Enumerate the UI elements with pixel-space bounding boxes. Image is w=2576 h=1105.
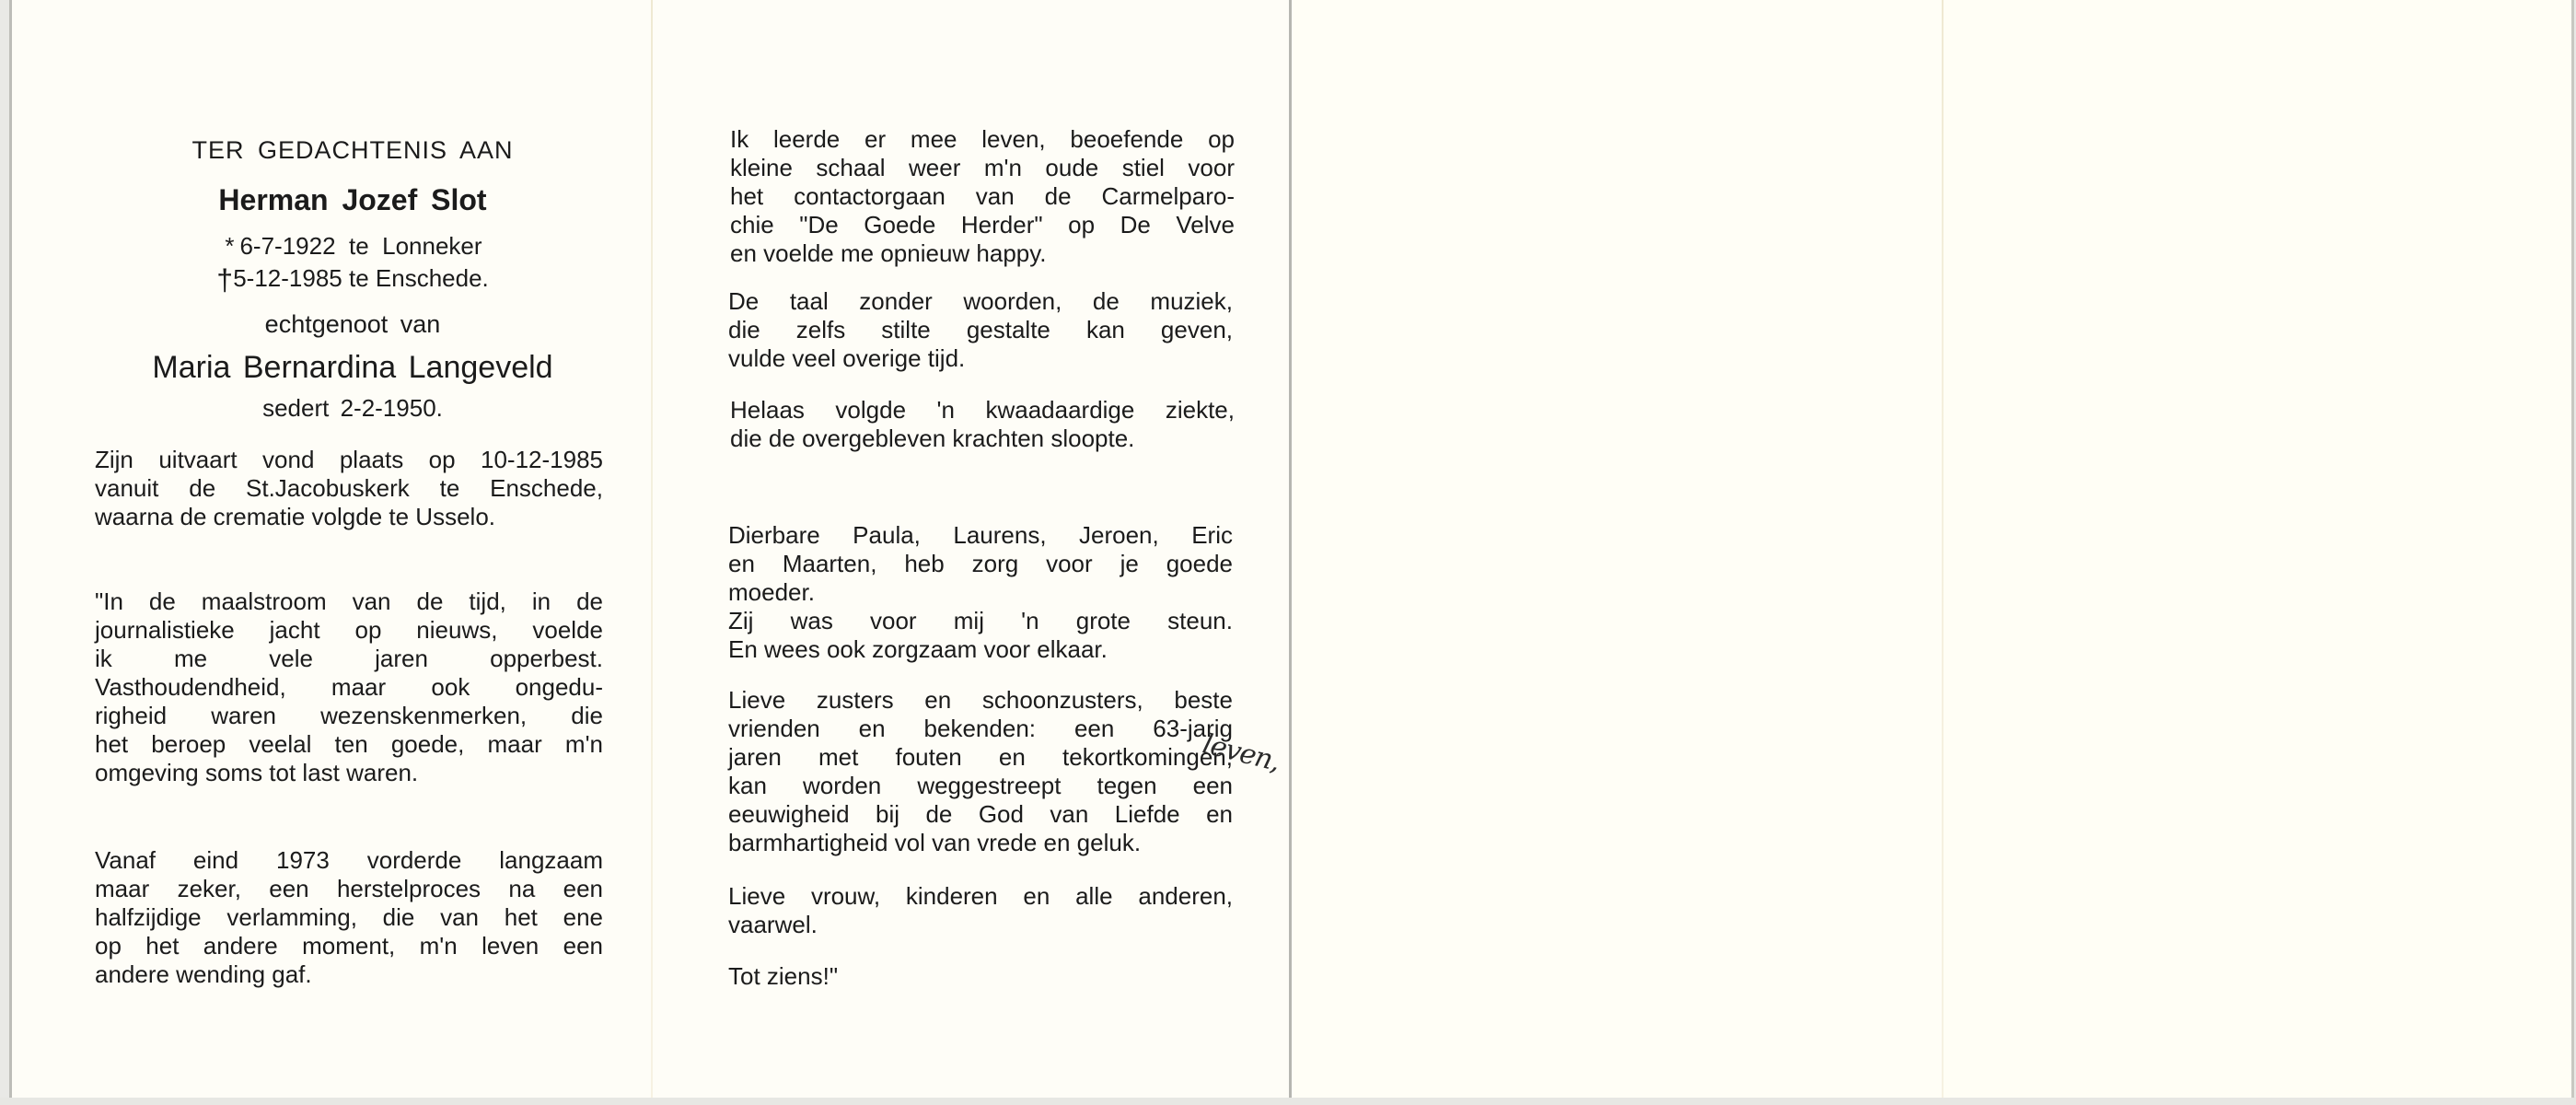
text-line: die de overgebleven krachten sloopte. xyxy=(730,425,1235,453)
death-date-line: †5-12-1985 te Enschede. xyxy=(95,262,610,294)
cross-icon: † xyxy=(216,265,229,295)
text-line: Zijn uitvaart vond plaats op 10-12-1985 xyxy=(95,446,603,474)
text-line: Vasthoudendheid, maar ook ongedu- xyxy=(95,673,603,702)
panel-blank-back xyxy=(1292,0,1942,1098)
text-line: het beroep veelal ten goede, maar m'n xyxy=(95,730,603,759)
text-line: andere wending gaf. xyxy=(95,960,603,989)
text-line: vanuit de St.Jacobuskerk te Enschede, xyxy=(95,474,603,503)
paragraph-illness: Helaas volgde 'n kwaadaardige ziekte,die… xyxy=(730,396,1235,453)
text-line: chie "De Goede Herder" op De Velve xyxy=(730,211,1235,239)
text-line: waarna de crematie volgde te Usselo. xyxy=(95,503,603,531)
quote-paragraph-recovery: Vanaf eind 1973 vorderde langzaammaar ze… xyxy=(95,846,603,989)
quote-paragraph-career: "In de maalstroom van de tijd, in dejour… xyxy=(95,587,603,787)
text-line: Dierbare Paula, Laurens, Jeroen, Eric xyxy=(728,521,1233,550)
text-line: op het andere moment, m'n leven een xyxy=(95,932,603,960)
text-line: vrienden en bekenden: een 63-jarig xyxy=(728,715,1233,743)
text-line: maar zeker, een herstelproces na een xyxy=(95,875,603,903)
text-line: ik me vele jaren opperbest. xyxy=(95,645,603,673)
dedication-header: TER GEDACHTENIS AAN Herman Jozef Slot *6… xyxy=(95,138,610,420)
memorial-card-inside: TER GEDACHTENIS AAN Herman Jozef Slot *6… xyxy=(9,0,1291,1098)
text-line: Lieve vrouw, kinderen en alle anderen, xyxy=(728,882,1233,911)
text-line: vaarwel. xyxy=(728,911,1233,939)
birth-date-line: *6-7-1922 te Lonneker xyxy=(95,231,610,262)
paragraph-children: Dierbare Paula, Laurens, Jeroen, Ericen … xyxy=(728,521,1233,664)
memorial-card-outside xyxy=(1289,0,2574,1098)
text-line: barmhartigheid vol van vrede en geluk. xyxy=(728,829,1233,857)
paragraph-family-friends: Lieve zusters en schoonzusters, bestevri… xyxy=(728,686,1233,857)
spouse-name: Maria Bernardina Langeveld xyxy=(95,352,610,383)
text-line: omgeving soms tot last waren. xyxy=(95,759,603,787)
text-line: Zij was voor mij 'n grote steun. xyxy=(728,607,1233,635)
scan-bottom-edge xyxy=(0,1098,2576,1105)
text-line: De taal zonder woorden, de muziek, xyxy=(728,287,1233,316)
text-line: Helaas volgde 'n kwaadaardige ziekte, xyxy=(730,396,1235,425)
paragraph-music: De taal zonder woorden, de muziek,die ze… xyxy=(728,287,1233,373)
text-line: kleine schaal weer m'n oude stiel voor xyxy=(730,154,1235,182)
text-line: righeid waren wezenskenmerken, die xyxy=(95,702,603,730)
birth-date: 6-7-1922 te Lonneker xyxy=(239,232,482,260)
text-line: "In de maalstroom van de tijd, in de xyxy=(95,587,603,616)
married-since: sedert 2-2-1950. xyxy=(95,396,610,420)
text-line: vulde veel overige tijd. xyxy=(728,344,1233,373)
panel-dedication: TER GEDACHTENIS AAN Herman Jozef Slot *6… xyxy=(12,0,651,1098)
text-line: eeuwigheid bij de God van Liefde en xyxy=(728,800,1233,829)
panel-portrait xyxy=(1944,0,2570,1098)
panel-farewell: Ik leerde er mee leven, beoefende opklei… xyxy=(653,0,1290,1098)
text-line: kan worden weggestreept tegen een xyxy=(728,772,1233,800)
text-line: moeder. xyxy=(728,578,1233,607)
memorial-caption: TER GEDACHTENIS AAN xyxy=(95,138,610,163)
text-line: Lieve zusters en schoonzusters, beste xyxy=(728,686,1233,715)
paragraph-hobby: Ik leerde er mee leven, beoefende opklei… xyxy=(730,125,1235,268)
text-line: jaren met fouten en tekortkomingen, xyxy=(728,743,1233,772)
text-line: journalistieke jacht op nieuws, voelde xyxy=(95,616,603,645)
text-line: het contactorgaan van de Carmelparo- xyxy=(730,182,1235,211)
text-line: die zelfs stilte gestalte kan geven, xyxy=(728,316,1233,344)
text-line: Vanaf eind 1973 vorderde langzaam xyxy=(95,846,603,875)
spouse-prefix: echtgenoot van xyxy=(95,312,610,337)
deceased-name: Herman Jozef Slot xyxy=(95,185,610,215)
closing-line: Tot ziens!" xyxy=(728,962,1233,991)
life-dates: *6-7-1922 te Lonneker †5-12-1985 te Ensc… xyxy=(95,231,610,294)
birth-star-icon: * xyxy=(223,231,236,262)
text-line: en Maarten, heb zorg voor je goede xyxy=(728,550,1233,578)
paragraph-goodbye: Lieve vrouw, kinderen en alle anderen,va… xyxy=(728,882,1233,939)
funeral-paragraph: Zijn uitvaart vond plaats op 10-12-1985v… xyxy=(95,446,603,531)
death-date: 5-12-1985 te Enschede. xyxy=(233,264,489,292)
text-line: halfzijdige verlamming, die van het ene xyxy=(95,903,603,932)
text-line: Ik leerde er mee leven, beoefende op xyxy=(730,125,1235,154)
text-line: en voelde me opnieuw happy. xyxy=(730,239,1235,268)
text-line: En wees ook zorgzaam voor elkaar. xyxy=(728,635,1233,664)
